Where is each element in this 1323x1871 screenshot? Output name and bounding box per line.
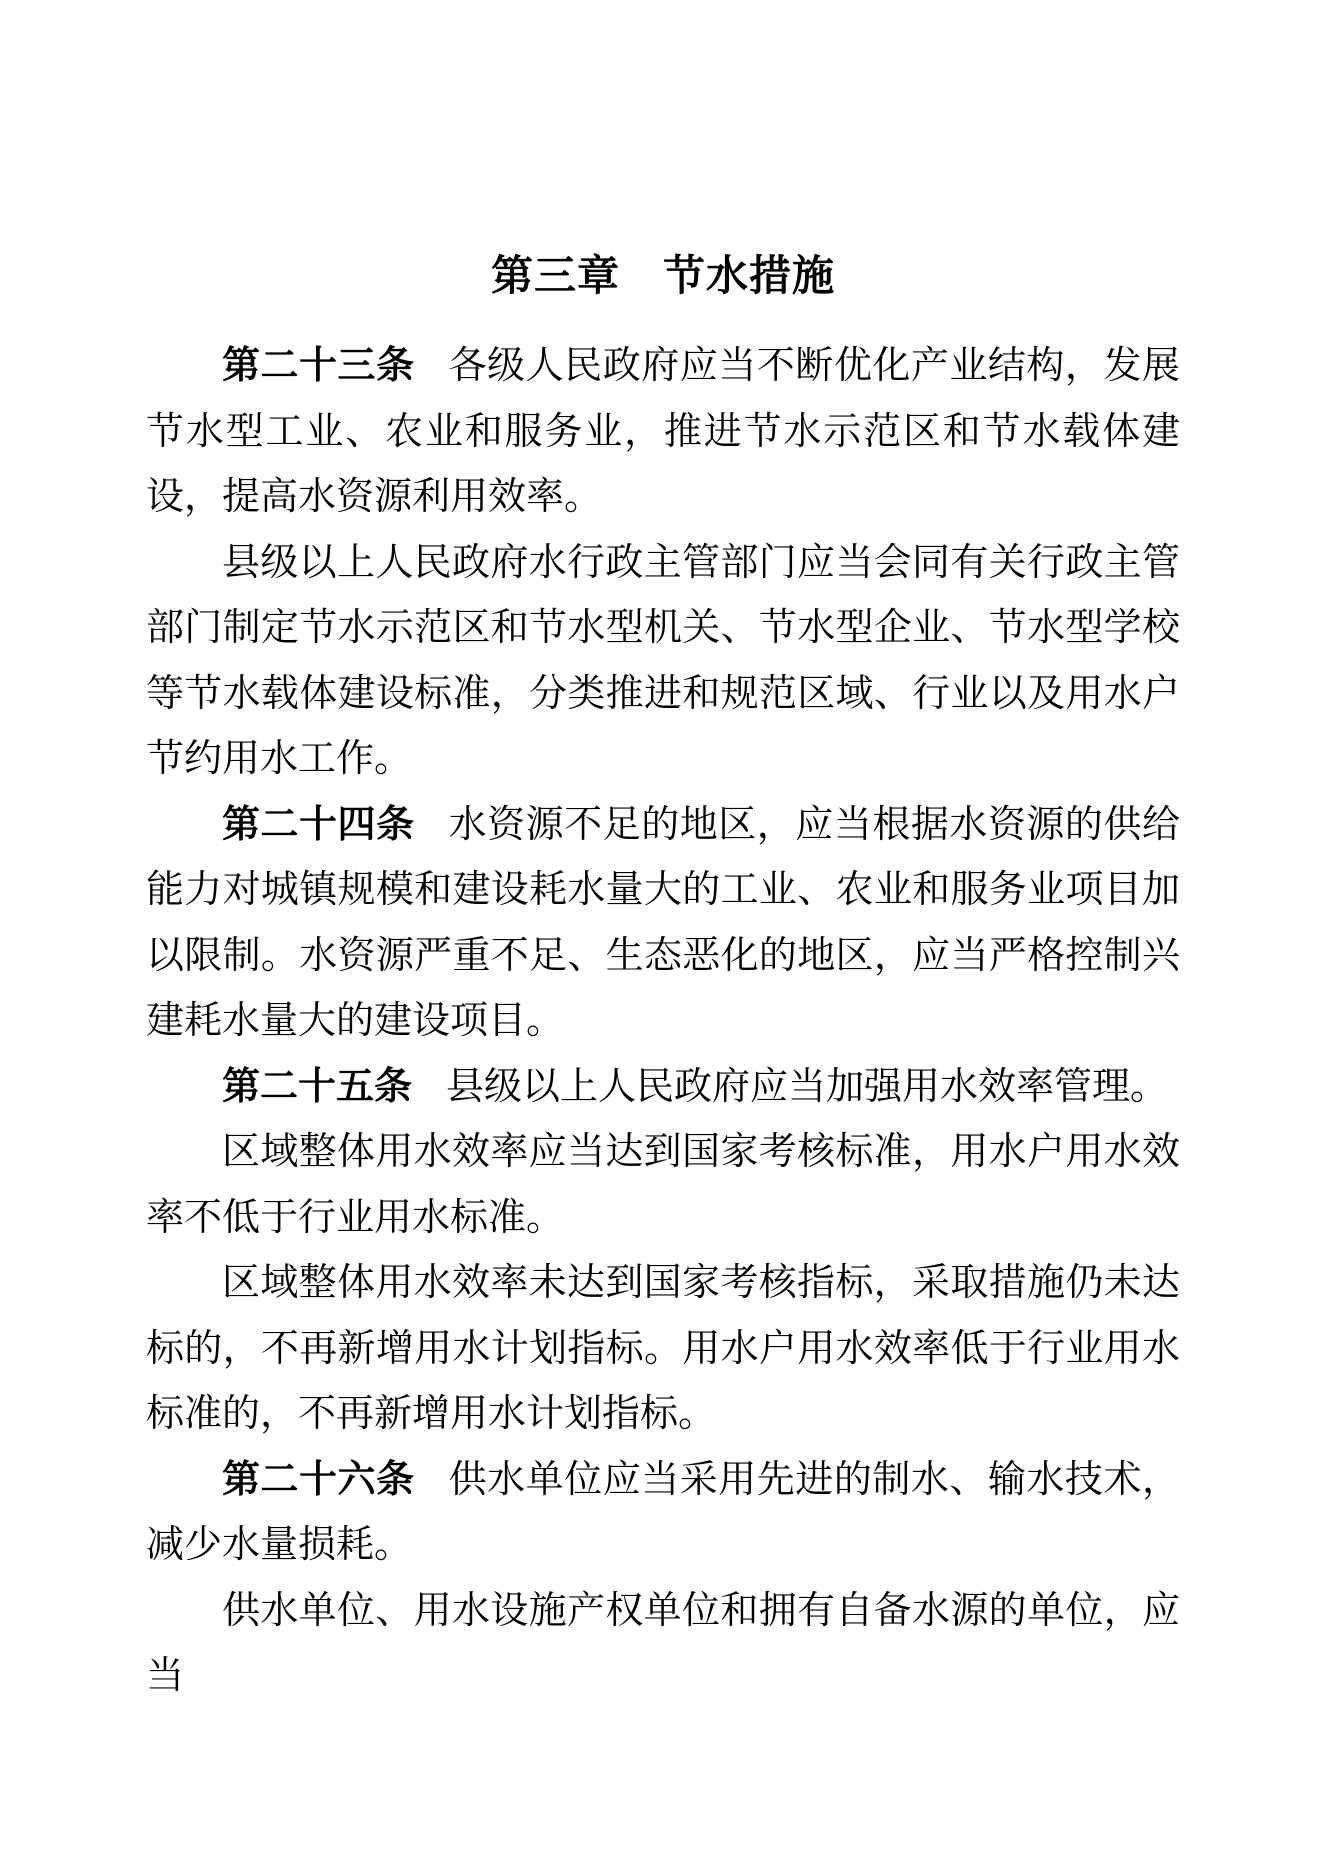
paragraph-text: 县级以上人民政府水行政主管部门应当会同有关行政主管部门制定节水示范区和节水型机关… (146, 542, 1180, 781)
paragraph: 县级以上人民政府水行政主管部门应当会同有关行政主管部门制定节水示范区和节水型机关… (146, 531, 1180, 793)
paragraph-article-25: 第二十五条县级以上人民政府应当加强用水效率管理。 (146, 1055, 1180, 1121)
paragraph-article-26: 第二十六条供水单位应当采用先进的制水、输水技术，减少水量损耗。 (146, 1448, 1180, 1579)
article-number: 第二十六条 (222, 1459, 415, 1501)
article-number: 第二十四条 (222, 804, 415, 846)
document-page: 第三章 节水措施 第二十三条各级人民政府应当不断优化产业结构，发展节水型工业、农… (0, 0, 1323, 1871)
article-number: 第二十五条 (222, 1066, 412, 1108)
paragraph-text: 县级以上人民政府应当加强用水效率管理。 (446, 1066, 1168, 1108)
paragraph: 区域整体用水效率未达到国家考核指标，采取措施仍未达标的，不再新增用水计划指标。用… (146, 1251, 1180, 1448)
paragraph-text: 供水单位、用水设施产权单位和拥有自备水源的单位，应当 (146, 1590, 1180, 1698)
paragraph: 供水单位、用水设施产权单位和拥有自备水源的单位，应当 (146, 1579, 1180, 1710)
paragraph-text: 区域整体用水效率未达到国家考核指标，采取措施仍未达标的，不再新增用水计划指标。用… (146, 1262, 1180, 1435)
paragraph-article-23: 第二十三条各级人民政府应当不断优化产业结构，发展节水型工业、农业和服务业，推进节… (146, 334, 1180, 531)
paragraph: 区域整体用水效率应当达到国家考核标准，用水户用水效率不低于行业用水标准。 (146, 1120, 1180, 1251)
paragraph-text: 区域整体用水效率应当达到国家考核标准，用水户用水效率不低于行业用水标准。 (146, 1131, 1180, 1239)
chapter-title: 第三章 节水措施 (146, 252, 1180, 302)
article-number: 第二十三条 (222, 345, 415, 387)
document-content: 第三章 节水措施 第二十三条各级人民政府应当不断优化产业结构，发展节水型工业、农… (146, 252, 1180, 1710)
paragraph-article-24: 第二十四条水资源不足的地区，应当根据水资源的供给能力对城镇规模和建设耗水量大的工… (146, 793, 1180, 1055)
